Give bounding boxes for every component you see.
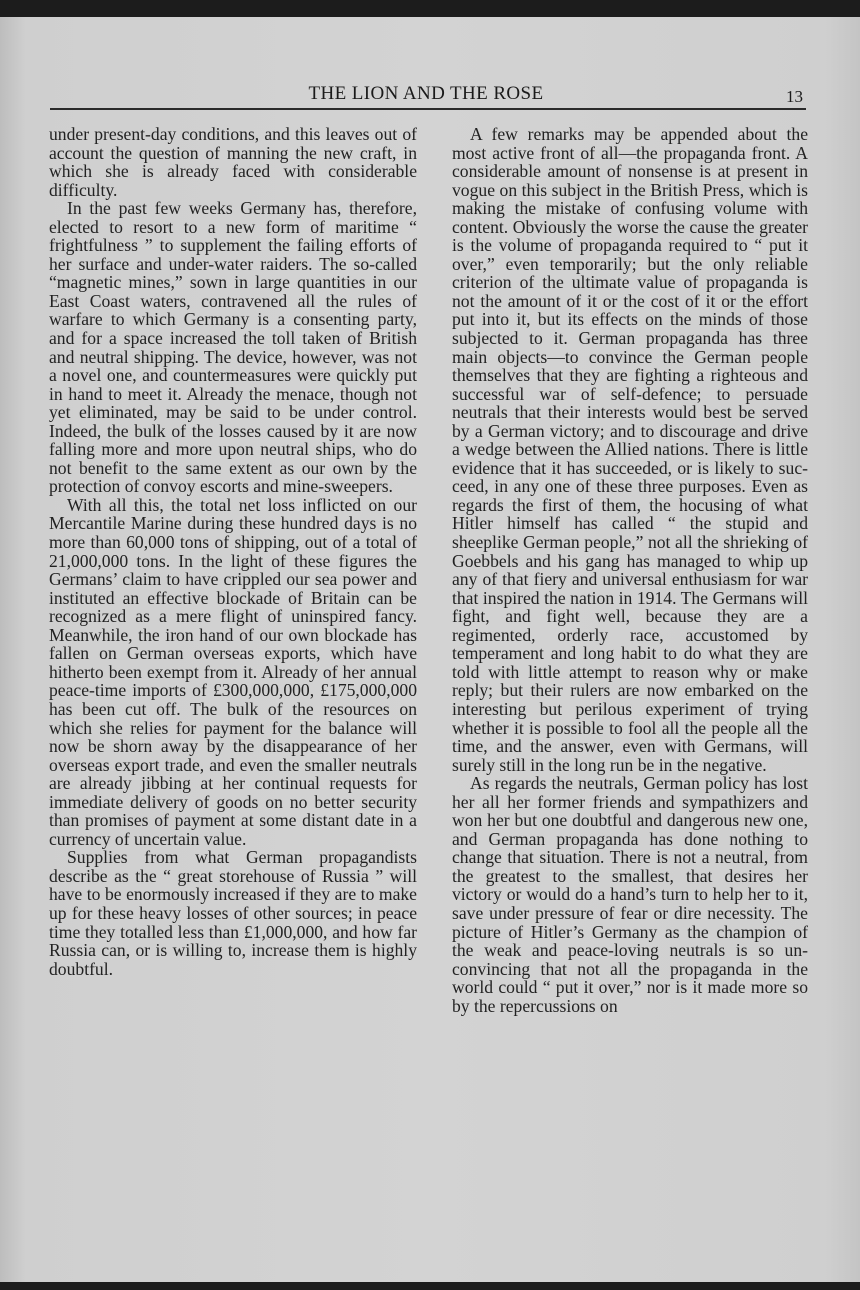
paragraph: With all this, the total net loss inflic…: [49, 496, 417, 848]
paragraph: under present-day conditions, and this l…: [49, 125, 417, 199]
running-title: THE LION AND THE ROSE: [48, 83, 804, 105]
left-column: under present-day conditions, and this l…: [49, 125, 417, 978]
paragraph: As regards the neutrals, German policy h…: [452, 774, 808, 1015]
paragraph: In the past few weeks Germany has, there…: [49, 199, 417, 496]
book-page: THE LION AND THE ROSE 13 under present-d…: [0, 17, 860, 1282]
paragraph: A few remarks may be appended about the …: [452, 125, 808, 774]
page-number: 13: [786, 87, 803, 107]
paragraph: Supplies from what German propagand­ists…: [49, 848, 417, 978]
header-rule: [50, 108, 806, 110]
right-column: A few remarks may be appended about the …: [452, 125, 808, 1015]
